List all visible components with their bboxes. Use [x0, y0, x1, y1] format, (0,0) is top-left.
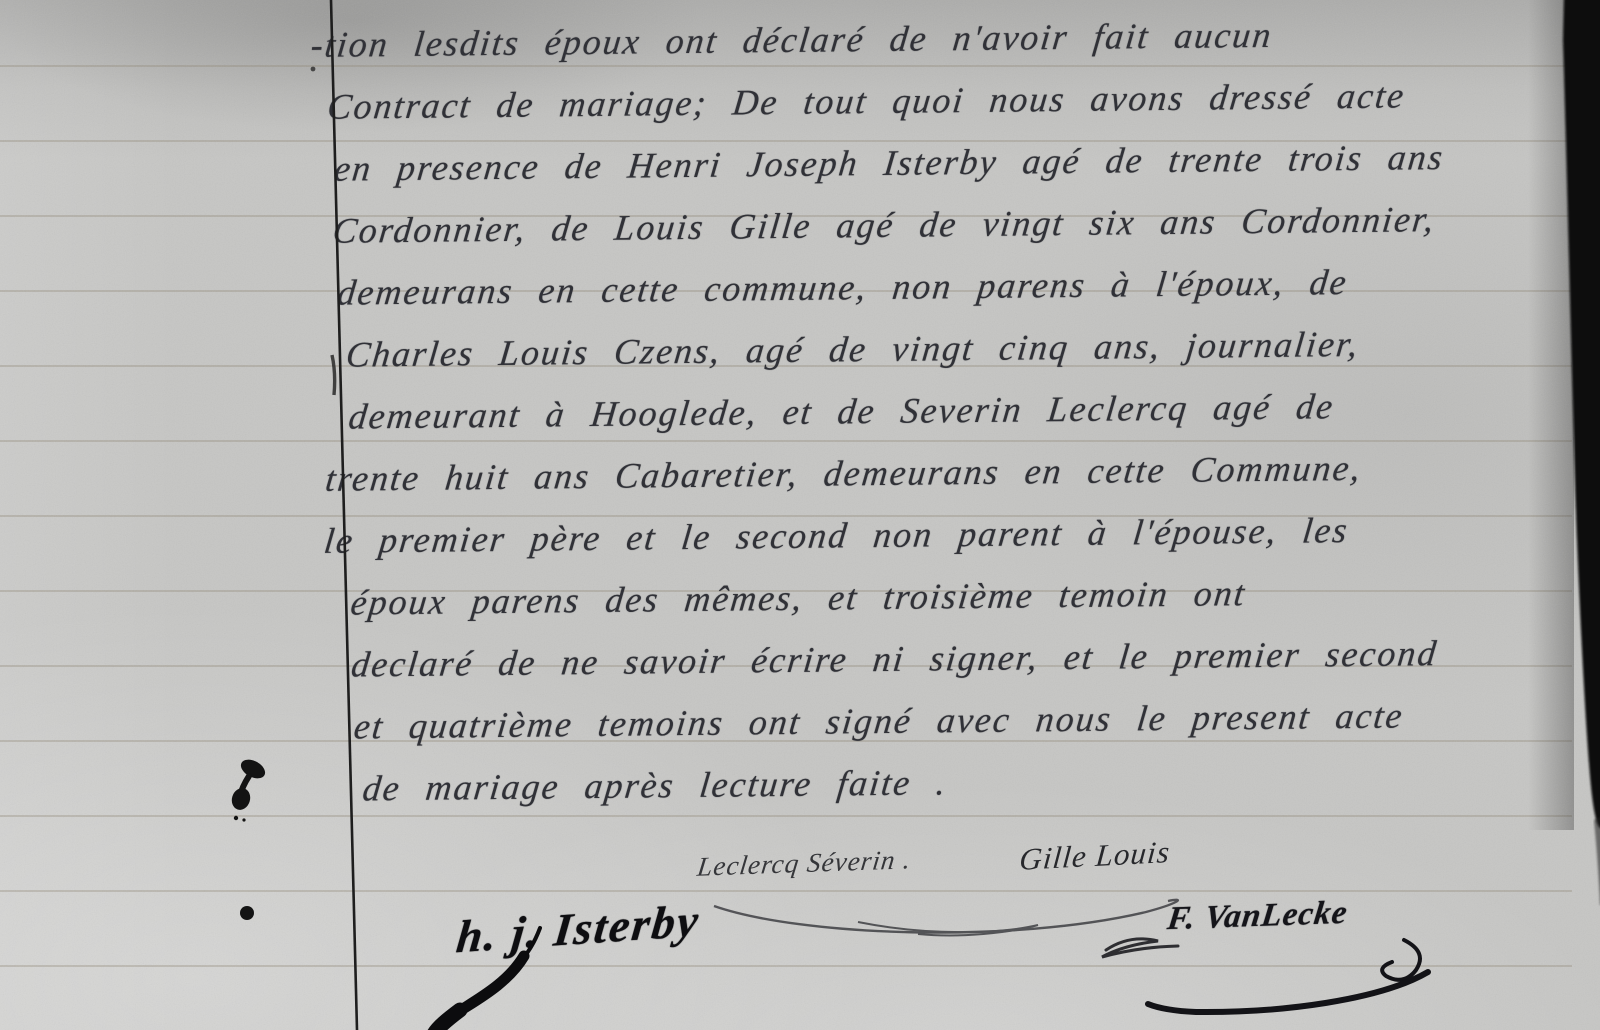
text-line-13: de mariage après lecture faite .	[359, 746, 1454, 819]
text-line-7: demeurant à Hooglede, et de Severin Lecl…	[346, 374, 1451, 448]
text-line-2: Contract de mariage; De tout quoi nous a…	[324, 64, 1447, 138]
text-line-4: Cordonnier, de Louis Gille agé de vingt …	[330, 188, 1449, 262]
text-line-3: en presence de Henri Joseph Isterby agé …	[331, 126, 1448, 200]
text-line-10: époux parens des mêmes, et troisième tem…	[347, 560, 1452, 634]
text-line-12: et quatrième temoins ont signé avec nous…	[351, 684, 1454, 758]
text-line-11: declaré de ne savoir écrire ni signer, e…	[348, 622, 1453, 696]
handwritten-text: -tion lesdits époux ont déclaré de n'avo…	[305, 2, 1447, 820]
text-line-8: trente huit ans Cabaretier, demeurans en…	[322, 436, 1451, 510]
signature-vanlecke: F. VanLecke	[1165, 895, 1350, 938]
text-line-9: le premier père et le second non parent …	[321, 498, 1452, 572]
page-edge-shadow	[1528, 0, 1574, 830]
text-line-6: Charles Louis Czens, agé de vingt cinq a…	[343, 312, 1450, 386]
text-line-5: demeurans en cette commune, non parens à…	[334, 250, 1449, 324]
document-page: -tion lesdits époux ont déclaré de n'avo…	[0, 0, 1600, 1030]
